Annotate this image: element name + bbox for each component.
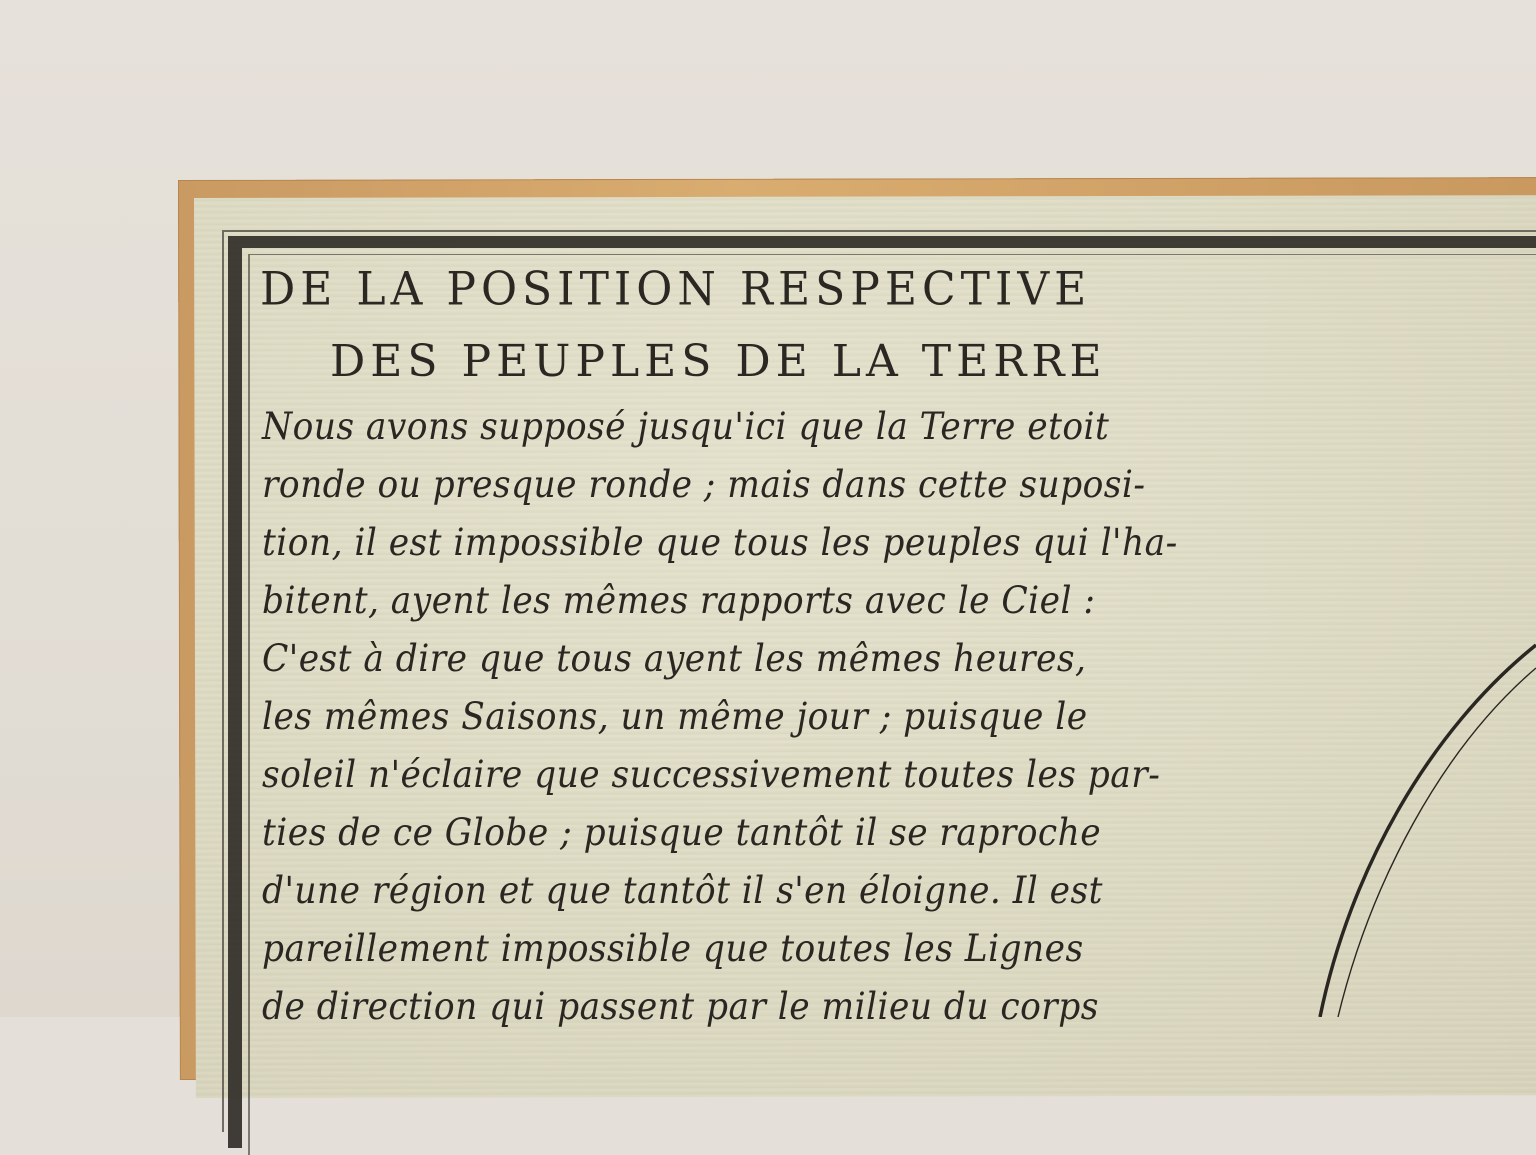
title-line-2: DES PEUPLES DE LA TERRE: [260, 340, 1230, 384]
body-line: Nous avons supposé jusqu'ici que la Terr…: [262, 398, 1183, 456]
body-line: soleil n'éclaire que successivement tout…: [262, 746, 1183, 804]
body-line: tion, il est impossible que tous les peu…: [262, 514, 1183, 572]
body-line: les mêmes Saisons, un même jour ; puisqu…: [262, 688, 1183, 746]
body-line: ronde ou presque ronde ; mais dans cette…: [262, 456, 1183, 514]
globe-circle-diagram: [1280, 600, 1536, 1017]
body-line: pareillement impossible que toutes les L…: [262, 920, 1183, 978]
title-line-1: DE LA POSITION RESPECTIVE: [260, 267, 1230, 313]
body-line: d'une région et que tantôt il s'en éloig…: [262, 862, 1183, 920]
body-line: de direction qui passent par le milieu d…: [262, 978, 1183, 1017]
body-line: bitent, ayent les mêmes rapports avec le…: [262, 572, 1183, 630]
body-paragraph: Nous avons supposé jusqu'ici que la Terr…: [262, 398, 1252, 1017]
body-line: C'est à dire que tous ayent les mêmes he…: [262, 630, 1183, 688]
body-line: ties de ce Globe ; puisque tantôt il se …: [262, 804, 1183, 862]
document-title: DE LA POSITION RESPECTIVE DES PEUPLES DE…: [260, 268, 1230, 384]
